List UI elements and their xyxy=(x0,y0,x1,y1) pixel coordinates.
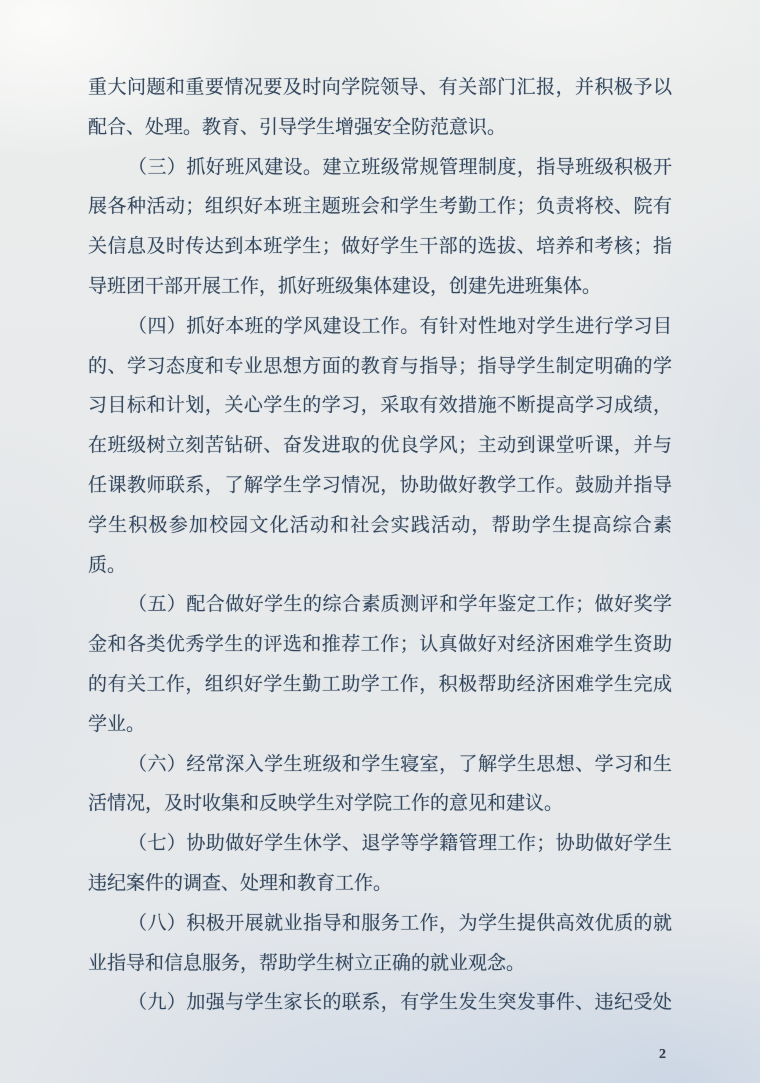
scanned-document-page: 重大问题和重要情况要及时向学院领导、有关部门汇报，并积极予以 配合、处理。教育、… xyxy=(0,0,760,1083)
text-line: 导班团干部开展工作，抓好班级集体建设，创建先进班集体。 xyxy=(88,267,672,307)
text-line: 任课教师联系，了解学生学习情况，协助做好教学工作。鼓励并指导 xyxy=(88,466,672,506)
text-line: 质。 xyxy=(88,546,672,586)
text-line: 重大问题和重要情况要及时向学院领导、有关部门汇报，并积极予以 xyxy=(88,68,672,108)
text-line: 学业。 xyxy=(88,705,672,745)
text-line: （四）抓好本班的学风建设工作。有针对性地对学生进行学习目 xyxy=(88,307,672,347)
document-body-text: 重大问题和重要情况要及时向学院领导、有关部门汇报，并积极予以 配合、处理。教育、… xyxy=(88,68,672,1023)
text-line: 违纪案件的调查、处理和教育工作。 xyxy=(88,864,672,904)
text-line: 金和各类优秀学生的评选和推荐工作；认真做好对经济困难学生资助 xyxy=(88,625,672,665)
text-line: 的有关工作，组织好学生勤工助学工作，积极帮助经济困难学生完成 xyxy=(88,665,672,705)
text-line: 学生积极参加校园文化活动和社会实践活动，帮助学生提高综合素 xyxy=(88,506,672,546)
text-line: （三）抓好班风建设。建立班级常规管理制度，指导班级积极开 xyxy=(88,148,672,188)
text-line: 展各种活动；组织好本班主题班会和学生考勤工作；负责将校、院有 xyxy=(88,187,672,227)
text-line: 活情况，及时收集和反映学生对学院工作的意见和建议。 xyxy=(88,784,672,824)
page-number: 2 xyxy=(659,1047,666,1063)
text-line: （五）配合做好学生的综合素质测评和学年鉴定工作；做好奖学 xyxy=(88,585,672,625)
text-line: （九）加强与学生家长的联系，有学生发生突发事件、违纪受处 xyxy=(88,983,672,1023)
text-line: （八）积极开展就业指导和服务工作，为学生提供高效优质的就 xyxy=(88,904,672,944)
text-line: 的、学习态度和专业思想方面的教育与指导；指导学生制定明确的学 xyxy=(88,347,672,387)
text-line: 关信息及时传达到本班学生；做好学生干部的选拔、培养和考核；指 xyxy=(88,227,672,267)
text-line: （七）协助做好学生休学、退学等学籍管理工作；协助做好学生 xyxy=(88,824,672,864)
text-line: （六）经常深入学生班级和学生寝室，了解学生思想、学习和生 xyxy=(88,745,672,785)
text-line: 配合、处理。教育、引导学生增强安全防范意识。 xyxy=(88,108,672,148)
text-line: 习目标和计划，关心学生的学习，采取有效措施不断提高学习成绩， xyxy=(88,386,672,426)
text-line: 在班级树立刻苦钻研、奋发进取的优良学风；主动到课堂听课，并与 xyxy=(88,426,672,466)
text-line: 业指导和信息服务，帮助学生树立正确的就业观念。 xyxy=(88,944,672,984)
